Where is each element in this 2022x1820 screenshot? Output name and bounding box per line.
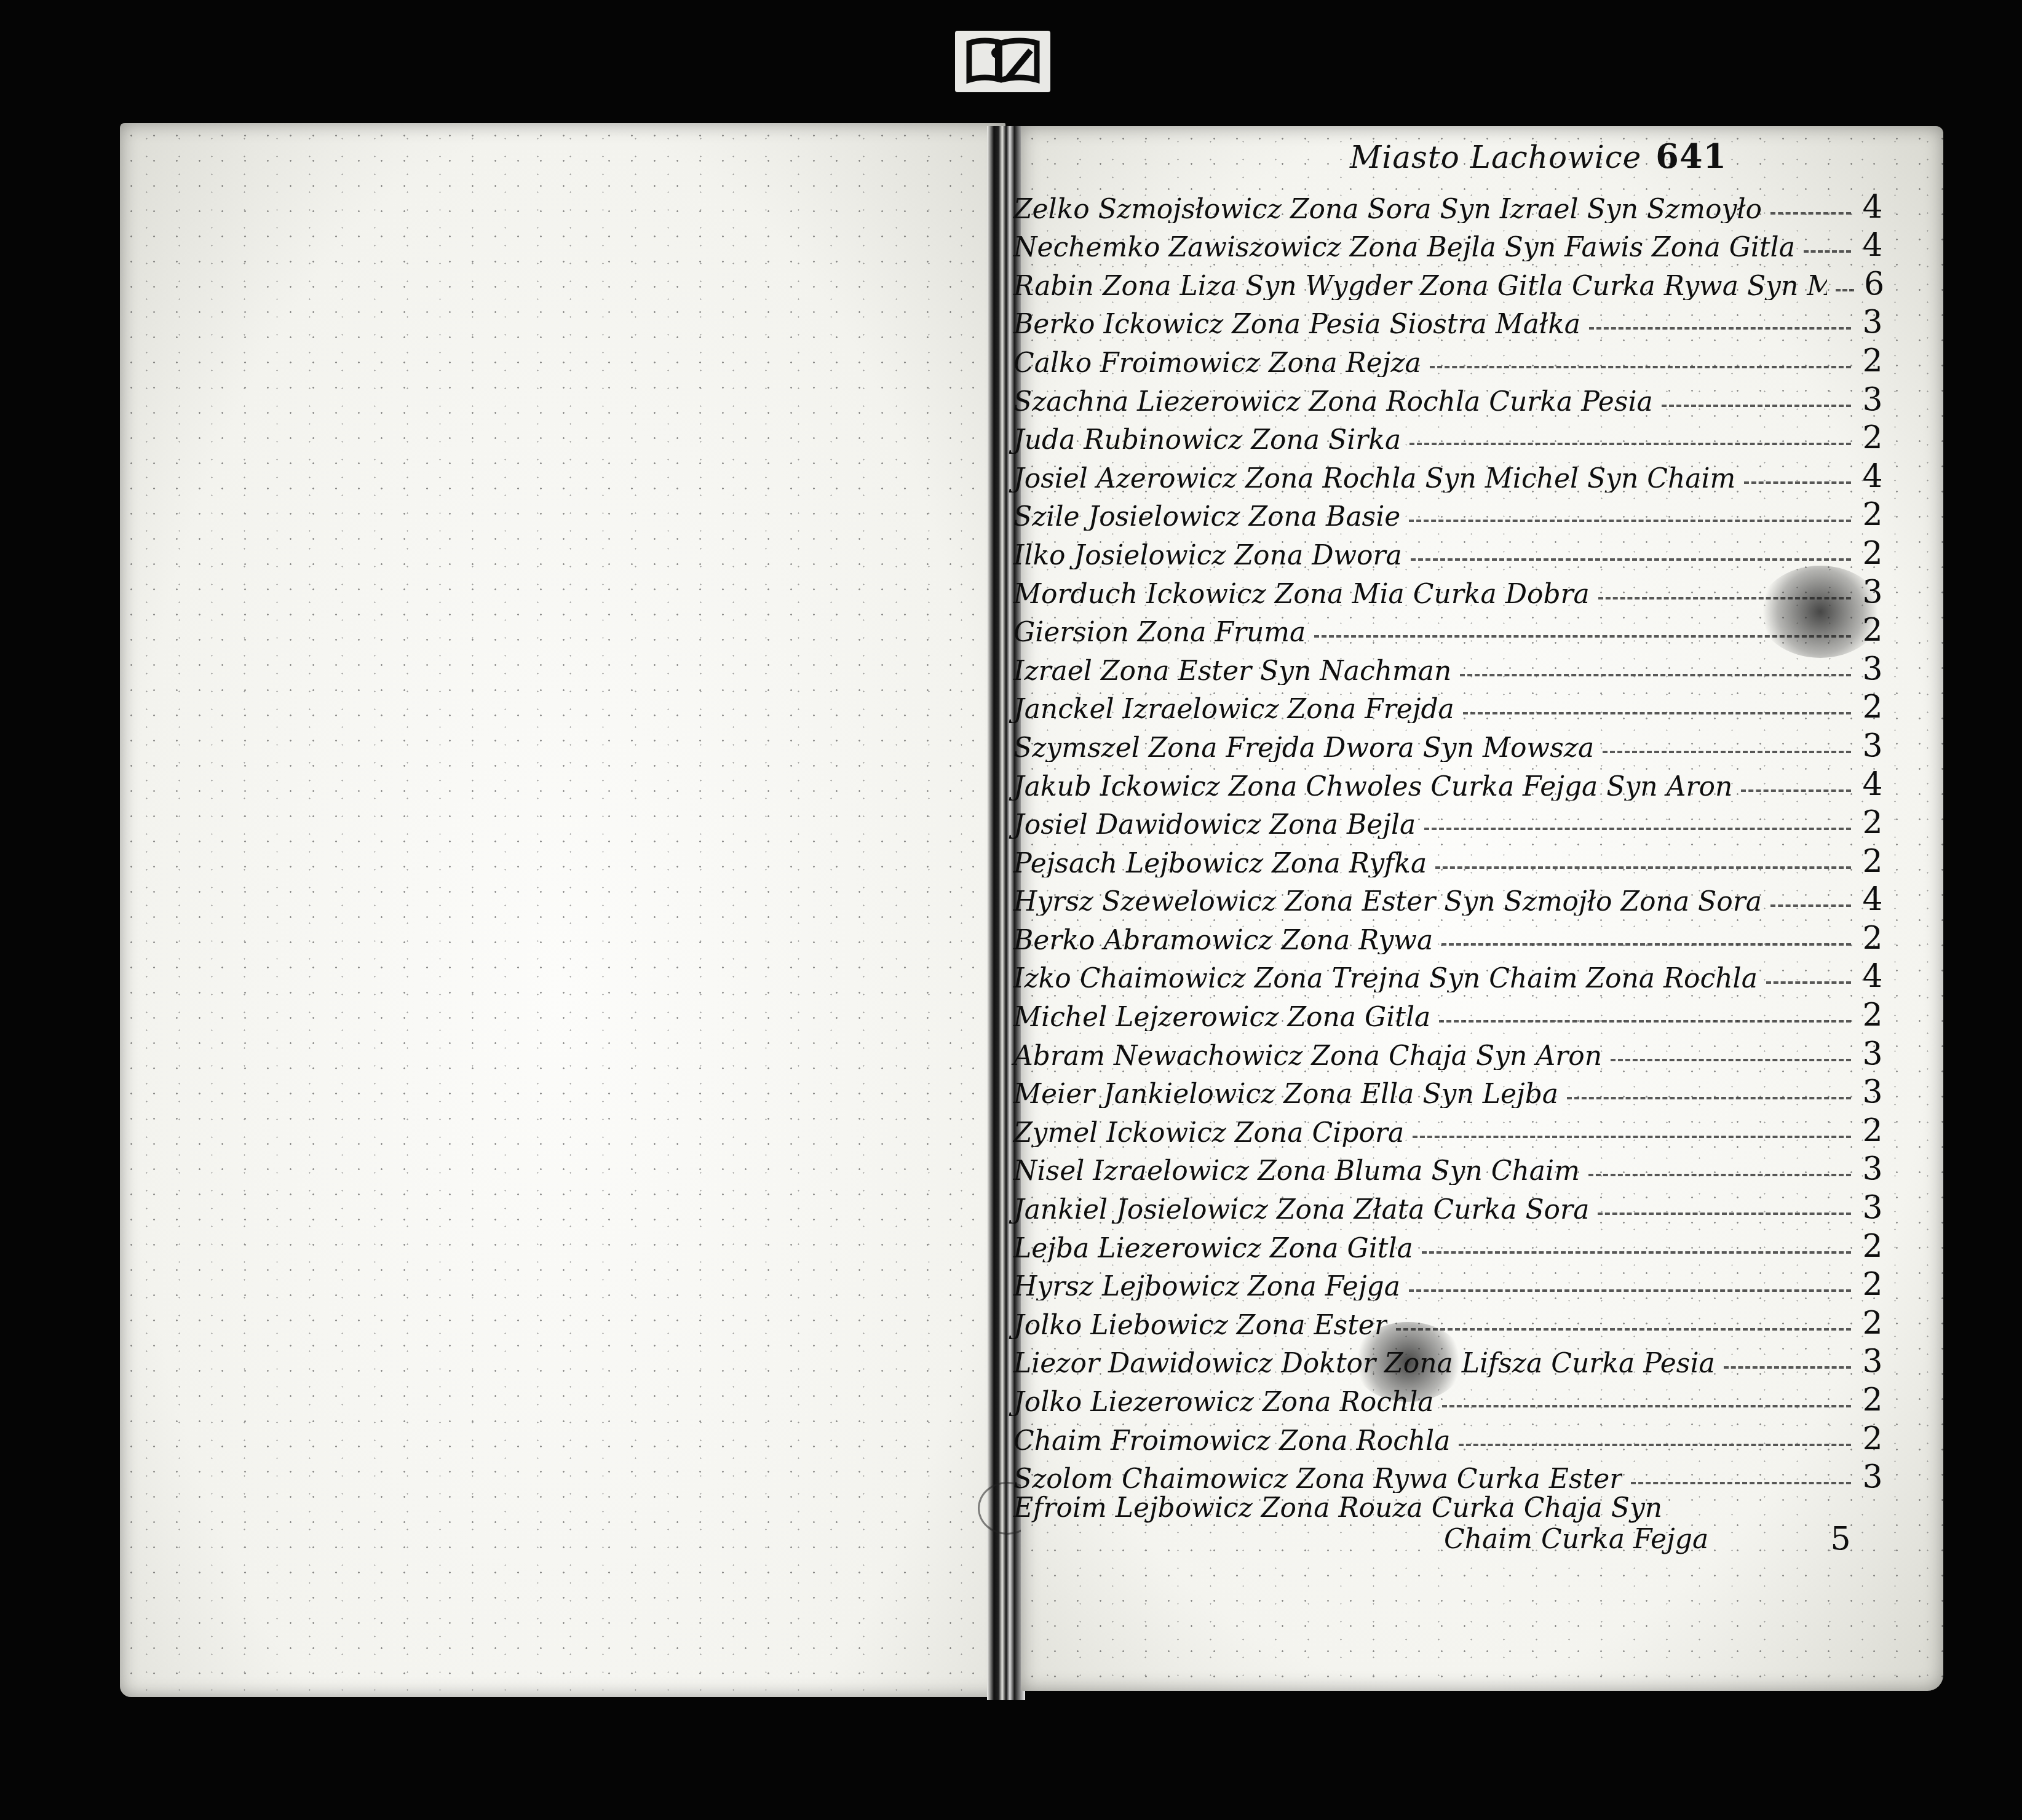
entry-text: Szymszel Zona Frejda Dwora Syn Mowsza <box>1009 735 1594 762</box>
dash-leader <box>1441 943 1851 946</box>
dash-leader <box>1422 1251 1851 1254</box>
dash-leader <box>1463 712 1851 714</box>
register-entry: Abram Newachowicz Zona Chaja Syn Aron3 <box>1009 1031 1888 1070</box>
register-entry: Liezor Dawidowicz Doktor Zona Lifsza Cur… <box>1009 1339 1888 1378</box>
dash-leader <box>1598 597 1851 599</box>
dash-leader <box>1567 1097 1851 1099</box>
register-entry: Izko Chaimowicz Zona Trejna Syn Chaim Zo… <box>1009 954 1888 993</box>
entry-text: Izko Chaimowicz Zona Trejna Syn Chaim Zo… <box>1009 965 1758 992</box>
register-entry: Jolko Liebowicz Zona Ester2 <box>1009 1300 1888 1339</box>
register-entry: Efroim Lejbowicz Zona Rouza Curka Chaja … <box>1009 1493 1888 1555</box>
entry-text: Jankiel Josielowicz Zona Złata Curka Sor… <box>1009 1197 1589 1224</box>
register-entry: Zymel Ickowicz Zona Cipora2 <box>1009 1108 1888 1147</box>
dash-leader <box>1744 481 1851 484</box>
entry-text: Hyrsz Lejbowicz Zona Fejga <box>1009 1273 1400 1300</box>
entry-count: 4 <box>1857 461 1888 493</box>
entry-text: Janckel Izraelowicz Zona Frejda <box>1009 696 1454 723</box>
entry-text: Morduch Ickowicz Zona Mia Curka Dobra <box>1009 581 1590 608</box>
entry-text: Jolko Liezerowicz Zona Rochla <box>1009 1389 1433 1416</box>
register-entry: Lejba Liezerowicz Zona Gitla2 <box>1009 1224 1888 1262</box>
register-entry: Juda Rubinowicz Zona Sirka2 <box>1009 416 1888 454</box>
entry-text: Efroim Lejbowicz Zona Rouza Curka Chaja … <box>1009 1493 1825 1555</box>
entry-count: 3 <box>1857 1192 1888 1224</box>
entry-count: 3 <box>1857 306 1888 338</box>
register-entry: Berko Abramowicz Zona Rywa2 <box>1009 916 1888 954</box>
entry-count: 3 <box>1857 1461 1888 1493</box>
entry-count: 3 <box>1857 1345 1888 1377</box>
left-page-blank <box>120 123 1005 1697</box>
dash-leader <box>1411 558 1851 561</box>
entry-text: Ilko Josielowicz Zona Dwora <box>1009 542 1402 569</box>
entry-count: 4 <box>1857 191 1888 223</box>
register-entry: Szymszel Zona Frejda Dwora Syn Mowsza3 <box>1009 723 1888 762</box>
dash-leader <box>1459 1444 1851 1446</box>
register-entry: Calko Froimowicz Zona Rejza2 <box>1009 338 1888 377</box>
dash-leader <box>1741 789 1851 792</box>
dash-leader <box>1424 828 1851 830</box>
entry-count: 2 <box>1857 922 1888 954</box>
register-entry: Jakub Ickowicz Zona Chwoles Curka Fejga … <box>1009 762 1888 801</box>
dash-leader <box>1413 1136 1851 1138</box>
page-header: Miasto Lachowice 641 <box>1350 136 1727 176</box>
register-entry: Szachna Liezerowicz Zona Rochla Curka Pe… <box>1009 377 1888 416</box>
entry-count: 4 <box>1857 960 1888 992</box>
dash-leader <box>1724 1366 1851 1369</box>
dash-leader <box>1460 674 1851 676</box>
dash-leader <box>1409 443 1851 445</box>
entry-text: Rabin Zona Liza Syn Wygder Zona Gitla Cu… <box>1009 273 1827 300</box>
register-entry: Szile Josielowicz Zona Basie2 <box>1009 493 1888 531</box>
dash-leader <box>1766 981 1851 984</box>
entry-count: 2 <box>1857 499 1888 531</box>
entry-count: 2 <box>1857 1307 1888 1339</box>
entry-count: 4 <box>1857 884 1888 916</box>
register-entry: Jolko Liezerowicz Zona Rochla2 <box>1009 1377 1888 1416</box>
register-entry: Berko Ickowicz Zona Pesia Siostra Małka3 <box>1009 300 1888 339</box>
dash-leader <box>1435 866 1851 869</box>
entry-count: 2 <box>1857 999 1888 1031</box>
register-entry: Nechemko Zawiszowicz Zona Bejla Syn Fawi… <box>1009 223 1888 262</box>
entry-text-continuation: Chaim Curka Fejga <box>1013 1524 1825 1556</box>
entry-text-line1: Efroim Lejbowicz Zona Rouza Curka Chaja … <box>1013 1493 1662 1524</box>
register-entry: Zelko Szmojsłowicz Zona Sora Syn Izrael … <box>1009 184 1888 223</box>
register-entry: Giersion Zona Fruma2 <box>1009 608 1888 647</box>
register-entry: Ilko Josielowicz Zona Dwora2 <box>1009 531 1888 569</box>
entry-text: Abram Newachowicz Zona Chaja Syn Aron <box>1009 1043 1602 1070</box>
dash-leader <box>1836 289 1854 291</box>
dash-leader <box>1442 1405 1851 1407</box>
entry-count: 3 <box>1857 1076 1888 1108</box>
dash-leader <box>1662 405 1851 407</box>
header-title: Miasto Lachowice <box>1350 140 1641 175</box>
entry-count: 3 <box>1857 384 1888 416</box>
dash-leader <box>1439 1020 1851 1023</box>
entry-count: 3 <box>1857 576 1888 608</box>
register-entry: Morduch Ickowicz Zona Mia Curka Dobra3 <box>1009 569 1888 608</box>
entry-count: 2 <box>1857 845 1888 877</box>
entry-text: Calko Froimowicz Zona Rejza <box>1009 350 1421 377</box>
entry-text: Josiel Azerowicz Zona Rochla Syn Michel … <box>1009 465 1735 493</box>
dash-leader <box>1409 1289 1851 1292</box>
dash-leader <box>1603 751 1851 753</box>
dash-leader <box>1430 366 1851 368</box>
entry-count: 2 <box>1857 614 1888 646</box>
register-entry: Hyrsz Szewelowicz Zona Ester Syn Szmojło… <box>1009 877 1888 916</box>
dash-leader <box>1598 1213 1851 1215</box>
dash-leader <box>1588 1174 1851 1176</box>
entry-text: Jolko Liebowicz Zona Ester <box>1009 1312 1387 1339</box>
entry-text: Juda Rubinowicz Zona Sirka <box>1009 427 1401 454</box>
entry-count: 4 <box>1857 769 1888 801</box>
entry-count: 6 <box>1860 268 1888 300</box>
entry-count: 3 <box>1857 1153 1888 1185</box>
dash-leader <box>1409 520 1851 522</box>
entry-count: 2 <box>1857 1384 1888 1416</box>
dash-leader <box>1631 1482 1851 1484</box>
entry-text: Izrael Zona Ester Syn Nachman <box>1009 658 1451 685</box>
entry-text: Chaim Froimowicz Zona Rochla <box>1009 1428 1450 1455</box>
entry-text: Pejsach Lejbowicz Zona Ryfka <box>1009 850 1427 877</box>
entry-text: Nechemko Zawiszowicz Zona Bejla Syn Fawi… <box>1009 234 1795 261</box>
register-entries: Zelko Szmojsłowicz Zona Sora Syn Izrael … <box>1009 184 1888 1555</box>
dash-leader <box>1770 212 1851 215</box>
dash-leader <box>1770 904 1851 907</box>
folio-number: 641 <box>1655 136 1727 176</box>
entry-count: 2 <box>1857 1230 1888 1262</box>
entry-text: Szachna Liezerowicz Zona Rochla Curka Pe… <box>1009 389 1653 416</box>
entry-count: 2 <box>1857 537 1888 569</box>
dash-leader <box>1314 635 1851 638</box>
entry-text: Berko Ickowicz Zona Pesia Siostra Małka <box>1009 311 1580 338</box>
entry-text: Berko Abramowicz Zona Rywa <box>1009 927 1433 954</box>
register-entry: Chaim Froimowicz Zona Rochla2 <box>1009 1416 1888 1455</box>
entry-count: 4 <box>1857 229 1888 261</box>
entry-count: 2 <box>1857 1423 1888 1455</box>
dash-leader <box>1804 250 1851 253</box>
register-entry: Szolom Chaimowicz Zona Rywa Curka Ester3 <box>1009 1455 1888 1494</box>
entry-text: Jakub Ickowicz Zona Chwoles Curka Fejga … <box>1009 774 1732 801</box>
register-entry: Nisel Izraelowicz Zona Bluma Syn Chaim3 <box>1009 1147 1888 1185</box>
register-entry: Hyrsz Lejbowicz Zona Fejga2 <box>1009 1262 1888 1301</box>
register-entry: Janckel Izraelowicz Zona Frejda2 <box>1009 685 1888 724</box>
entry-count: 2 <box>1857 1268 1888 1300</box>
dash-leader <box>1611 1059 1851 1061</box>
paper-texture <box>120 123 1005 1697</box>
register-entry: Jankiel Josielowicz Zona Złata Curka Sor… <box>1009 1185 1888 1224</box>
entry-text: Szile Josielowicz Zona Basie <box>1009 504 1400 531</box>
entry-count: 2 <box>1857 807 1888 839</box>
dash-leader <box>1396 1328 1851 1331</box>
entry-text: Liezor Dawidowicz Doktor Zona Lifsza Cur… <box>1009 1350 1715 1377</box>
entry-text: Lejba Liezerowicz Zona Gitla <box>1009 1235 1413 1262</box>
register-entry: Josiel Dawidowicz Zona Bejla2 <box>1009 801 1888 839</box>
register-entry: Izrael Zona Ester Syn Nachman3 <box>1009 646 1888 685</box>
entry-text: Giersion Zona Fruma <box>1009 619 1306 646</box>
register-entry: Pejsach Lejbowicz Zona Ryfka2 <box>1009 839 1888 877</box>
entry-count: 5 <box>1825 1523 1856 1555</box>
register-entry: Rabin Zona Liza Syn Wygder Zona Gitla Cu… <box>1009 261 1888 300</box>
entry-text: Michel Lejzerowicz Zona Gitla <box>1009 1004 1430 1031</box>
dash-leader <box>1589 327 1851 330</box>
entry-count: 2 <box>1857 1115 1888 1147</box>
entry-text: Szolom Chaimowicz Zona Rywa Curka Ester <box>1009 1466 1622 1493</box>
register-entry: Michel Lejzerowicz Zona Gitla2 <box>1009 992 1888 1031</box>
entry-text: Josiel Dawidowicz Zona Bejla <box>1009 812 1416 839</box>
register-entry: Josiel Azerowicz Zona Rochla Syn Michel … <box>1009 454 1888 493</box>
entry-text: Zelko Szmojsłowicz Zona Sora Syn Izrael … <box>1009 196 1762 223</box>
register-entry: Meier Jankielowicz Zona Ella Syn Lejba3 <box>1009 1070 1888 1109</box>
frame-marker-label <box>955 31 1050 92</box>
entry-count: 2 <box>1857 691 1888 723</box>
entry-text: Meier Jankielowicz Zona Ella Syn Lejba <box>1009 1081 1558 1108</box>
entry-count: 2 <box>1857 422 1888 454</box>
open-book-icon <box>963 36 1043 87</box>
entry-count: 3 <box>1857 1038 1888 1070</box>
entry-text: Nisel Izraelowicz Zona Bluma Syn Chaim <box>1009 1158 1580 1185</box>
entry-text: Hyrsz Szewelowicz Zona Ester Syn Szmojło… <box>1009 888 1762 916</box>
entry-count: 2 <box>1857 345 1888 377</box>
entry-count: 3 <box>1857 653 1888 685</box>
entry-text: Zymel Ickowicz Zona Cipora <box>1009 1120 1404 1147</box>
entry-count: 3 <box>1857 730 1888 762</box>
